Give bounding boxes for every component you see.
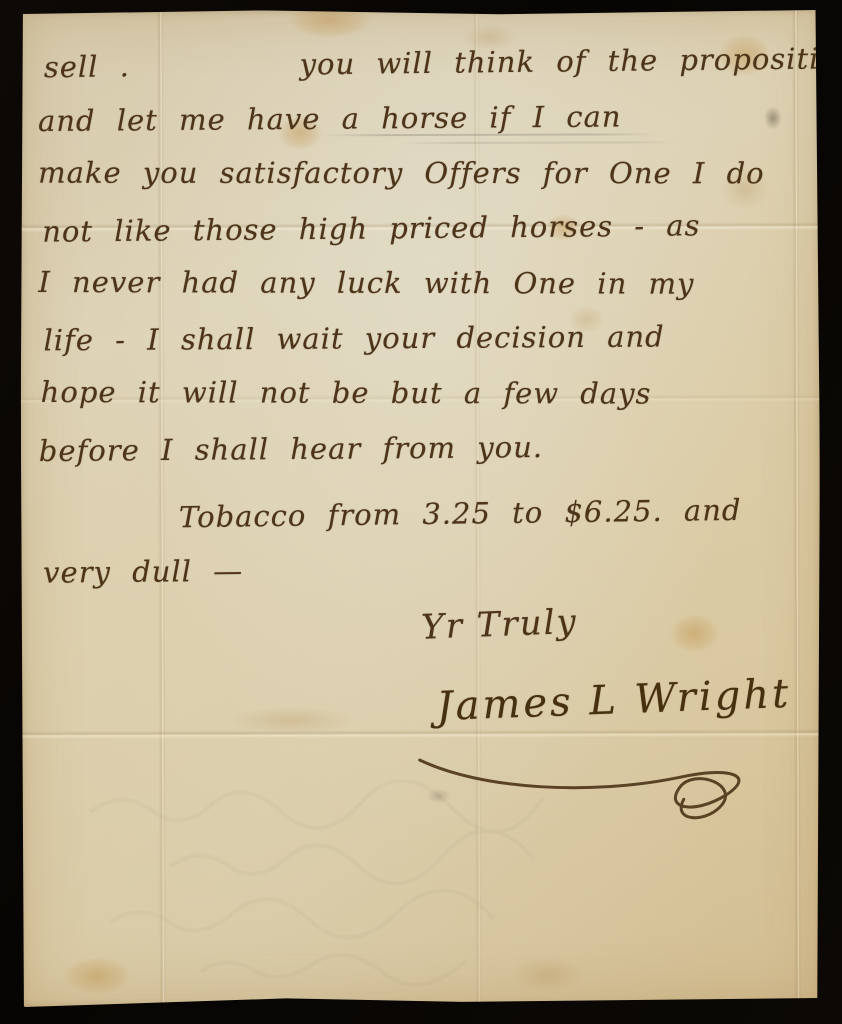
letter-line: not like those high priced horses - as bbox=[38, 197, 808, 259]
letter-page: sell . you will think of the proposition… bbox=[20, 9, 822, 1007]
letter-body: sell . you will think of the proposition… bbox=[38, 35, 809, 598]
letter-line: I never had any luck with One in my bbox=[38, 255, 808, 312]
letter-closing: Yr Truly bbox=[421, 602, 579, 648]
letter-line: sell . you will think of the proposition bbox=[38, 32, 809, 96]
ink-bleedthrough bbox=[52, 779, 793, 1001]
letter-signature: James L Wright bbox=[436, 671, 792, 730]
letter-line: and let me have a horse if I can bbox=[38, 88, 808, 149]
letter-line: very dull — bbox=[39, 538, 809, 600]
stain-near-signature bbox=[661, 607, 727, 659]
letter-line: Tobacco from 3.25 to $6.25. and bbox=[39, 482, 810, 547]
letter-line: hope it will not be but a few days bbox=[39, 365, 809, 422]
letter-line: life - I shall wait your decision and bbox=[38, 309, 808, 369]
letter-line: make you satisfactory Offers for One I d… bbox=[38, 146, 808, 202]
letter-line: before I shall hear from you. bbox=[39, 418, 809, 479]
